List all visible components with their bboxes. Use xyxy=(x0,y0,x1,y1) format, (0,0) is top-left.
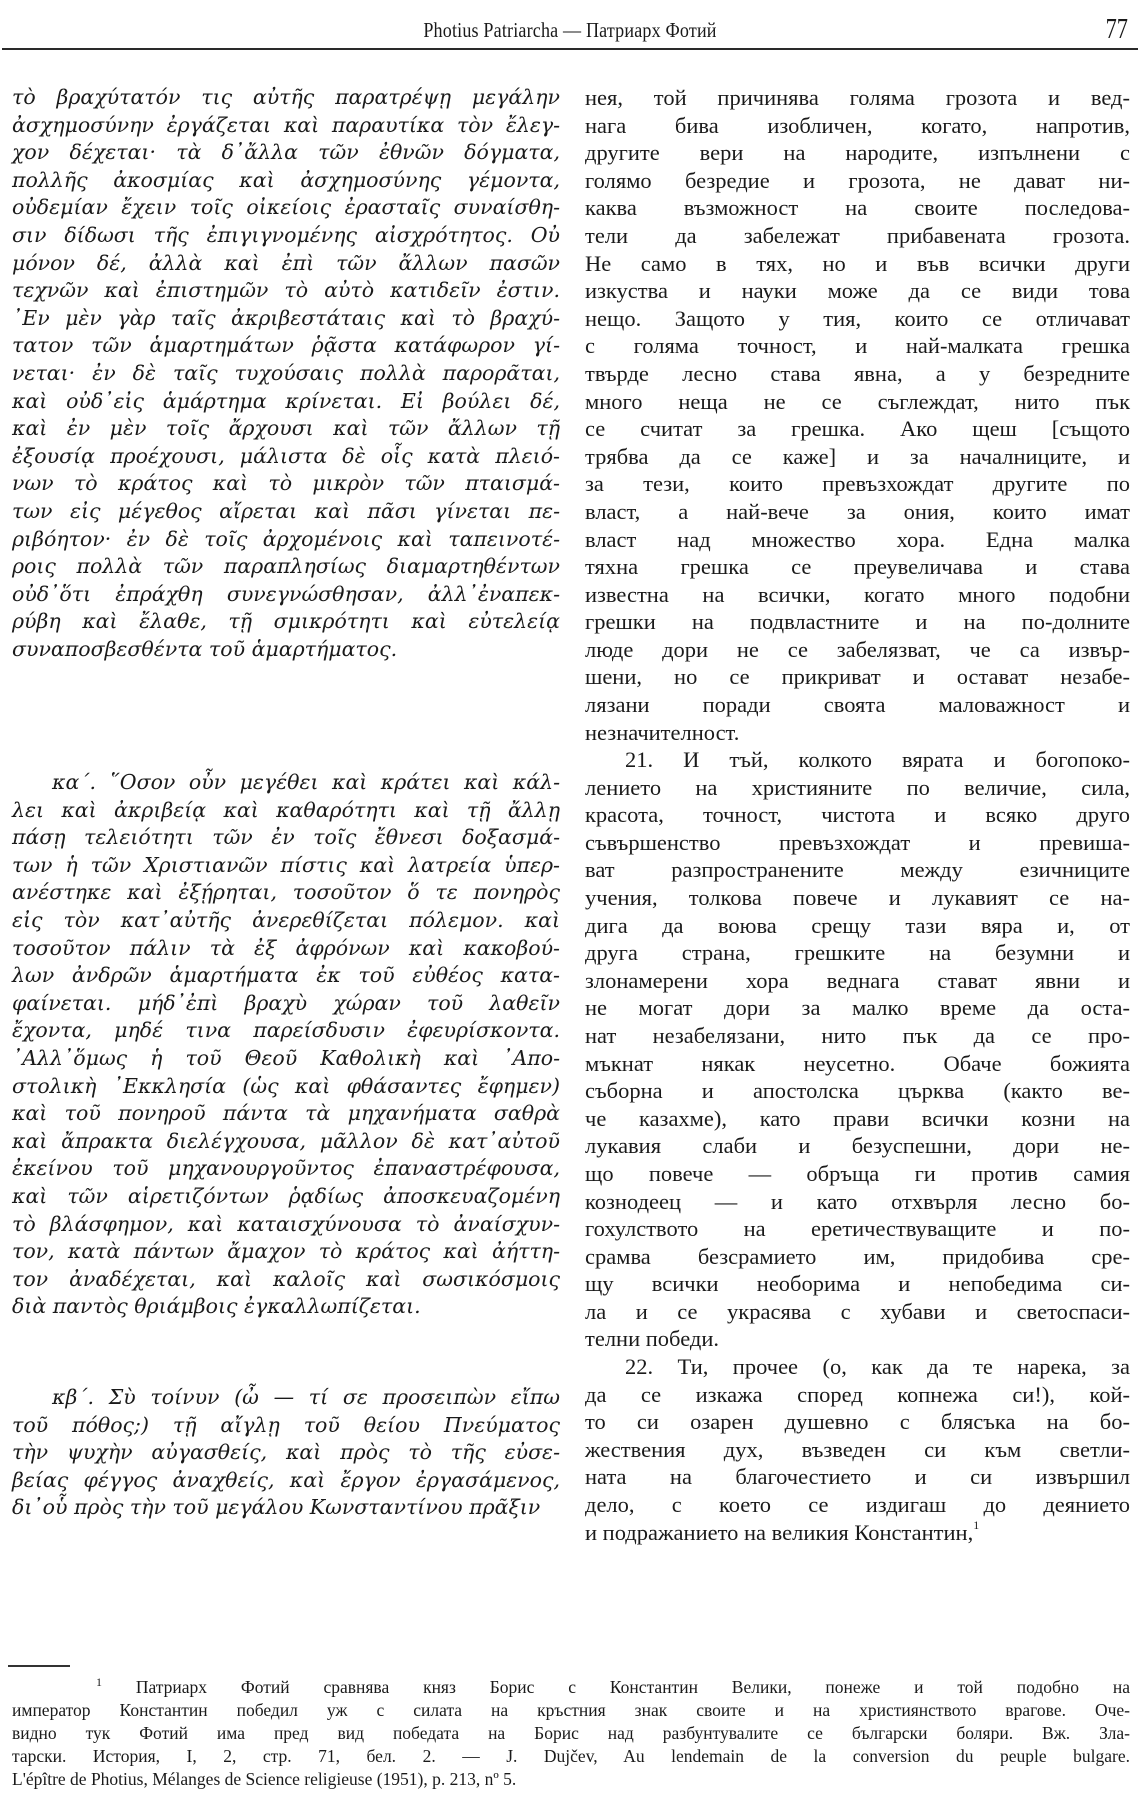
text-line: каква възможност на своите последова- xyxy=(585,194,1130,222)
text-line: 1 Патриарх Фотий сравнява княз Борис с К… xyxy=(12,1676,1130,1699)
text-line: οὐδεμίαν ἔχειν τοῖς οἰκείοις ἐρασταῖς συ… xyxy=(12,194,560,222)
text-line: дига да воюва срещу тази вяра и, от xyxy=(585,912,1130,940)
text-line: καὶ τῶν αἱρετιζόντων ῥᾳδίως ἀποσκευαζομέ… xyxy=(12,1183,560,1211)
text-line: τεχνῶν καὶ ἐπιστημῶν τὸ αὐτὸ κατιδεῖν ἐσ… xyxy=(12,277,560,305)
text-line: νων τὸ κράτος καὶ τὸ μικρὸν τῶν πταισμά- xyxy=(12,470,560,498)
text-line: εἰς τὸν κατ᾿αὐτῆς ἀνερεθίζεται πόλεμον. … xyxy=(12,907,560,935)
text-line: че казахме), като прави всички козни на xyxy=(585,1105,1130,1133)
text-line: τὴν ψυχὴν αὐγασθείς, καὶ πρὸς τὸ τῆς εὐσ… xyxy=(12,1439,560,1467)
text-line: и подражанието на великия Константин,1 xyxy=(585,1519,1130,1547)
text-line: δι᾿οὗ πρὸς τὴν τοῦ μεγάλου Κωνσταντίνου … xyxy=(12,1494,560,1522)
text-line: изкуства и науки може да се види това xyxy=(585,277,1130,305)
text-line: с голяма точност, и най-малката грешка xyxy=(585,332,1130,360)
text-line: трябва да се каже] и за началниците, и xyxy=(585,443,1130,471)
text-line: император Константин победил уж с силата… xyxy=(12,1699,1130,1722)
text-line: μόνον δέ, ἀλλὰ καὶ ἐπὶ τῶν ἄλλων πασῶν xyxy=(12,250,560,278)
text-line: съвършенство превъзхождат и превиша- xyxy=(585,829,1130,857)
text-line: тели да забележат прибавената грозота. xyxy=(585,222,1130,250)
text-line: тарски. История, I, 2, стр. 71, бел. 2. … xyxy=(12,1745,1130,1768)
text-line: власт, а най-вече за ония, които имат xyxy=(585,498,1130,526)
text-line: много неща не се съглеждат, нито пък xyxy=(585,388,1130,416)
text-line: люде дори не се забелязват, че са извър- xyxy=(585,636,1130,664)
text-line: τοῦ πόθος;) τῇ αἴγλῃ τοῦ θείου Πνεύματος xyxy=(12,1412,560,1440)
text-line: нага бива изобличен, когато, напротив, xyxy=(585,112,1130,140)
text-line: ροις πολλὰ τῶν παραπλησίως διαμαρτηθέντω… xyxy=(12,553,560,581)
text-line: съборна и апостолска църква (както ве- xyxy=(585,1077,1130,1105)
text-line: 22. Ти, прочее (о, как да те нарека, за xyxy=(585,1353,1130,1381)
text-line: дело, с което се издигаш до деянието xyxy=(585,1491,1130,1519)
text-line: λων ἀνδρῶν ἁμαρτήματα ἐκ τοῦ εὐθέος κατα… xyxy=(12,962,560,990)
text-line: красота, точност, чистота и всяко друго xyxy=(585,801,1130,829)
text-line: στολικὴ ᾿Εκκλησία (ὡς καὶ φθάσαντες ἔφημ… xyxy=(12,1073,560,1101)
text-line: ρύβη καὶ ἔλαθε, τῇ σμικρότητι καὶ εὐτελε… xyxy=(12,608,560,636)
text-line: βείας φέγγος ἀναχθείς, καὶ ἔργον ἐργασάμ… xyxy=(12,1467,560,1495)
text-line: νεται· ἐν δὲ ταῖς τυχούσαις πολλὰ παρορᾶ… xyxy=(12,360,560,388)
text-line: καὶ ἄπρακτα διελέγχουσα, μᾶλλον δὲ κατ᾿α… xyxy=(12,1128,560,1156)
greek-paragraph-3: κβ΄. Σὺ τοίνυν (ὦ — τί σε προσειπὼν εἴπω… xyxy=(12,1384,560,1522)
text-line: видно тук Фотий има пред вид победата на… xyxy=(12,1722,1130,1745)
text-line: των εἰς μέγεθος αἴρεται καὶ πᾶσι γίνεται… xyxy=(12,498,560,526)
text-line: πολλῆς ἀκοσμίας καὶ ἀσχημοσύνης γέμοντα, xyxy=(12,167,560,195)
header-rule xyxy=(2,48,1138,50)
text-line: тяхна грешка се преувеличава и става xyxy=(585,553,1130,581)
greek-paragraph-2: κα΄. ῞Οσον οὖν μεγέθει καὶ κράτει καὶ κά… xyxy=(12,769,560,1321)
text-line: καὶ ἐν μὲν τοῖς ἄρχουσι καὶ τῶν ἄλλων τῇ xyxy=(12,415,560,443)
text-line: голямо безредие и грозота, не дават ни- xyxy=(585,167,1130,195)
text-line: ната на благочестието и си извършил xyxy=(585,1463,1130,1491)
footnote-1: 1 Патриарх Фотий сравнява княз Борис с К… xyxy=(12,1676,1130,1791)
text-line: ᾿Εν μὲν γὰρ ταῖς ἀκριβεστάταις καὶ τὸ βρ… xyxy=(12,305,560,333)
text-line: известна на всички, когато много подобни xyxy=(585,581,1130,609)
text-line: των ἡ τῶν Χριστιανῶν πίστις καὶ λατρεία … xyxy=(12,852,560,880)
text-line: друга страна, грешките на безумни и xyxy=(585,939,1130,967)
text-line: ᾿Αλλ᾿ὅμως ἡ τοῦ Θεοῦ Καθολικὴ καὶ ᾿Απο- xyxy=(12,1045,560,1073)
text-line: διὰ παντὸς θριάμβοις ἐγκαλλωπίζεται. xyxy=(12,1293,560,1321)
text-line: нат незабелязани, нито пък да се про- xyxy=(585,1022,1130,1050)
running-title: Photius Patriarcha — Патриарх Фотий xyxy=(80,18,1060,43)
greek-paragraph-1: τὸ βραχύτατόν τις αὐτῆς παρατρέψῃ μεγάλη… xyxy=(12,84,560,663)
text-line: нещо. Защото у тия, които се отличават xyxy=(585,305,1130,333)
text-line: καὶ τοῦ πονηροῦ πάντα τὰ μηχανήματα σαθρ… xyxy=(12,1100,560,1128)
text-line: L'épître de Photius, Mélanges de Science… xyxy=(12,1768,1130,1791)
text-line: ла и се украсява с хубави и светоспаси- xyxy=(585,1298,1130,1326)
text-line: лязани поради своята маловажност и xyxy=(585,691,1130,719)
text-line: ἐξουσίᾳ προέχουσι, μάλιστα δὲ οἷς κατὰ π… xyxy=(12,443,560,471)
text-line: за тези, които превъзхождат другите по xyxy=(585,470,1130,498)
text-line: не могат дори за малко време да оста- xyxy=(585,994,1130,1022)
text-line: καὶ οὐδ᾿εἰς ἁμάρτημα κρίνεται. Εἰ βούλει… xyxy=(12,388,560,416)
text-line: ἔχοντα, μηδέ τινα παρείσδυσιν ἐφευρίσκον… xyxy=(12,1017,560,1045)
text-line: срамва безсрамието им, придобива сре- xyxy=(585,1243,1130,1271)
text-line: ανέστηκε καὶ ἐξῄρηται, τοσοῦτον ὅ τε πον… xyxy=(12,879,560,907)
bulgarian-paragraph-1: нея, той причинява голяма грозота и вед-… xyxy=(585,84,1130,746)
text-line: τατον τῶν ἁμαρτημάτων ῥᾷστα κατάφωρον γί… xyxy=(12,332,560,360)
footnote-marker: 1 xyxy=(96,1675,102,1689)
text-line: се считат за грешка. Ако щеш [същото xyxy=(585,415,1130,443)
footnote-rule xyxy=(8,1665,70,1667)
text-line: що повече — обръща ги против самия xyxy=(585,1160,1130,1188)
text-line: κβ΄. Σὺ τοίνυν (ὦ — τί σε προσειπὼν εἴπω xyxy=(12,1384,560,1412)
text-line: незначителност. xyxy=(585,719,1130,747)
text-line: ἐκείνου τοῦ μηχανουργοῦντος ἐπαναστρέφου… xyxy=(12,1155,560,1183)
footnote-reference[interactable]: 1 xyxy=(973,1518,979,1532)
text-line: οὐδ᾿ὅτι ἐπράχθη συνεγνώσθησαν, ἀλλ᾿ἐναπε… xyxy=(12,581,560,609)
text-line: λει καὶ ἀκριβείᾳ καὶ καθαρότητι καὶ τῇ ἄ… xyxy=(12,797,560,825)
bulgarian-paragraph-2: 21. И тъй, колкото вярата и богопоко-лен… xyxy=(585,746,1130,1353)
text-line: гохулството на еретичествуващите и по- xyxy=(585,1215,1130,1243)
text-line: лението на християните по величие, сила, xyxy=(585,774,1130,802)
text-line: учения, толкова повече и лукавият се на- xyxy=(585,884,1130,912)
text-line: твърде лесно става явна, а у безредните xyxy=(585,360,1130,388)
text-line: телни победи. xyxy=(585,1325,1130,1353)
text-line: χον δέχεται· τὰ δ᾿ἄλλα τῶν ἐθνῶν δόγματα… xyxy=(12,139,560,167)
text-line: злонамерени хора веднага стават явни и xyxy=(585,967,1130,995)
text-line: συναποσβεσθέντα τοῦ ἁμαρτήματος. xyxy=(12,636,560,664)
text-line: τοσοῦτον πάλιν τὰ ἐξ ἀφρόνων καὶ κακοβού… xyxy=(12,935,560,963)
text-line: σιν δίδωσι τῆς ἐπιγιγνομένης αἰσχρότητος… xyxy=(12,222,560,250)
text-line: τον, κατὰ πάντων ἄμαχον τὸ κράτος καὶ ἀή… xyxy=(12,1238,560,1266)
bulgarian-paragraph-3: 22. Ти, прочее (о, как да те нарека, зад… xyxy=(585,1353,1130,1546)
text-line: лукавия слаби и безуспешни, дори не- xyxy=(585,1132,1130,1160)
text-line: то си озарен душевно с блясъка на бо- xyxy=(585,1408,1130,1436)
text-line: κα΄. ῞Οσον οὖν μεγέθει καὶ κράτει καὶ κά… xyxy=(12,769,560,797)
text-line: власт над множество хора. Една малка xyxy=(585,526,1130,554)
text-line: да се изкажа според копнежа си!), кой- xyxy=(585,1381,1130,1409)
page-header: Photius Patriarcha — Патриарх Фотий 77 xyxy=(0,14,1140,48)
text-line: ват разпространените между езичниците xyxy=(585,856,1130,884)
text-line: φαίνεται. μήδ᾿ἐπὶ βραχὺ χώραν τοῦ λαθεῖν xyxy=(12,990,560,1018)
text-line: 21. И тъй, колкото вярата и богопоко- xyxy=(585,746,1130,774)
text-line: ἀσχημοσύνην ἐργάζεται καὶ παραυτίκα τὸν … xyxy=(12,112,560,140)
text-line: τὸ βραχύτατόν τις αὐτῆς παρατρέψῃ μεγάλη… xyxy=(12,84,560,112)
text-line: шени, но се прикриват и остават незабе- xyxy=(585,663,1130,691)
text-line: Не само в тях, но и във всички други xyxy=(585,250,1130,278)
text-line: кознодеец — и като отхвърля лесно бо- xyxy=(585,1188,1130,1216)
text-line: πάσῃ τελειότητι τῶν ἐν τοῖς ἔθνεσι δοξασ… xyxy=(12,824,560,852)
text-line: мъкнат някак неусетно. Обаче божията xyxy=(585,1050,1130,1078)
text-line: жествения дух, възведен си към светли- xyxy=(585,1436,1130,1464)
text-line: ριβόητον· ἐν δὲ τοῖς ἀρχομένοις καὶ ταπε… xyxy=(12,526,560,554)
text-line: нея, той причинява голяма грозота и вед- xyxy=(585,84,1130,112)
page-number: 77 xyxy=(1106,14,1128,46)
text-line: τὸ βλάσφημον, καὶ καταισχύνουσα τὸ ἀναίσ… xyxy=(12,1211,560,1239)
text-line: грешки на подвластните и на по-долните xyxy=(585,608,1130,636)
text-line: другите вери на народите, изпълнени с xyxy=(585,139,1130,167)
text-line: щу всички необорима и непобедима си- xyxy=(585,1270,1130,1298)
text-line: τον ἀναδέχεται, καὶ καλοῖς καὶ σωσικόσμο… xyxy=(12,1266,560,1294)
